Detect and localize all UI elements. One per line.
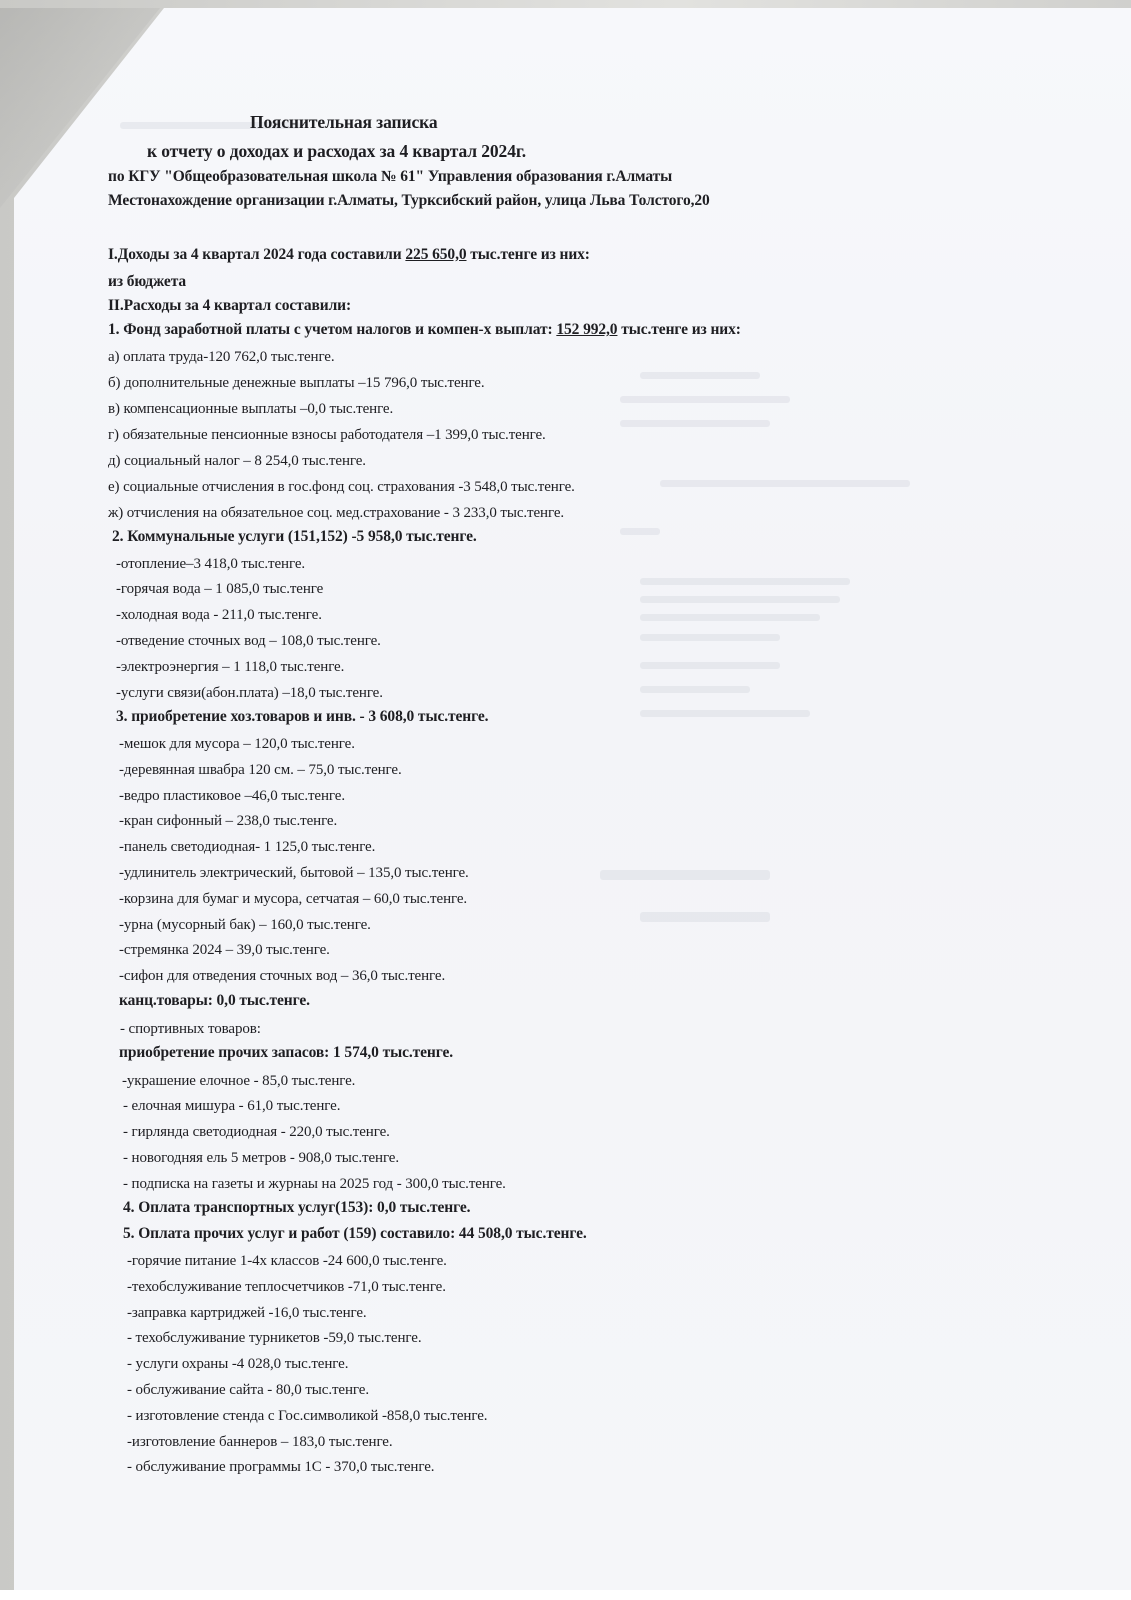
document-title: Пояснительная записка — [250, 113, 438, 131]
household-item: -панель светодиодная- 1 125,0 тыс.тенге. — [119, 838, 375, 856]
other-services-item: -горячие питание 1-4х классов -24 600,0 … — [127, 1252, 447, 1270]
payroll-item: а) оплата труда-120 762,0 тыс.тенге. — [108, 348, 335, 366]
sports-goods-line: - спортивных товаров: — [120, 1020, 261, 1038]
household-item: -мешок для мусора – 120,0 тыс.тенге. — [119, 735, 355, 753]
income-summary: I.Доходы за 4 квартал 2024 года составил… — [108, 246, 590, 264]
household-item: -ведро пластиковое –46,0 тыс.тенге. — [119, 787, 345, 805]
organization-location: Местонахождение организации г.Алматы, Ту… — [108, 192, 710, 210]
other-stock-item: -украшение елочное - 85,0 тыс.тенге. — [122, 1072, 355, 1090]
other-services-item: - изготовление стенда с Гос.символикой -… — [127, 1407, 487, 1425]
other-stock-item: - гирлянда светодиодная - 220,0 тыс.тенг… — [123, 1123, 390, 1141]
other-stock-item: - новогодняя ель 5 метров - 908,0 тыс.те… — [123, 1149, 399, 1167]
household-item: -сифон для отведения сточных вод – 36,0 … — [119, 967, 445, 985]
utilities-item: -горячая вода – 1 085,0 тыс.тенге — [116, 580, 323, 598]
utilities-item: -холодная вода - 211,0 тыс.тенге. — [116, 606, 322, 624]
utilities-item: -услуги связи(абон.плата) –18,0 тыс.тенг… — [116, 684, 383, 702]
other-services-heading: 5. Оплата прочих услуг и работ (159) сос… — [123, 1225, 587, 1243]
utilities-item: -отопление–3 418,0 тыс.тенге. — [116, 555, 305, 573]
other-stock-heading: приобретение прочих запасов: 1 574,0 тыс… — [119, 1044, 453, 1062]
other-services-item: - техобслуживание турникетов -59,0 тыс.т… — [127, 1329, 421, 1347]
income-source: из бюджета — [108, 273, 186, 291]
household-item: -урна (мусорный бак) – 160,0 тыс.тенге. — [119, 916, 371, 934]
household-item: -стремянка 2024 – 39,0 тыс.тенге. — [119, 941, 330, 959]
other-services-item: -заправка картриджей -16,0 тыс.тенге. — [127, 1304, 367, 1322]
utilities-item: -отведение сточных вод – 108,0 тыс.тенге… — [116, 632, 381, 650]
payroll-item: е) социальные отчисления в гос.фонд соц.… — [108, 478, 575, 496]
household-item: -удлинитель электрический, бытовой – 135… — [119, 864, 469, 882]
payroll-suffix: тыс.тенге из них: — [617, 321, 740, 338]
payroll-item: г) обязательные пенсионные взносы работо… — [108, 426, 546, 444]
payroll-amount: 152 992,0 — [556, 321, 617, 338]
stationery-line: канц.товары: 0,0 тыс.тенге. — [119, 992, 310, 1010]
other-services-item: -изготовление баннеров – 183,0 тыс.тенге… — [127, 1433, 393, 1451]
payroll-item: ж) отчисления на обязательное соц. мед.с… — [108, 504, 564, 522]
payroll-item: в) компенсационные выплаты –0,0 тыс.тенг… — [108, 400, 393, 418]
household-item: -кран сифонный – 238,0 тыс.тенге. — [119, 812, 337, 830]
transport-line: 4. Оплата транспортных услуг(153): 0,0 т… — [123, 1199, 470, 1217]
expenses-heading: II.Расходы за 4 квартал составили: — [108, 297, 351, 315]
other-services-item: - услуги охраны -4 028,0 тыс.тенге. — [127, 1355, 348, 1373]
other-services-item: - обслуживание сайта - 80,0 тыс.тенге. — [127, 1381, 369, 1399]
scan-bottom-border — [0, 1590, 1131, 1600]
organization-name: по КГУ "Общеобразовательная школа № 61" … — [108, 168, 672, 186]
income-suffix: тыс.тенге из них: — [467, 246, 590, 263]
household-item: -деревянная швабра 120 см. – 75,0 тыс.те… — [119, 761, 402, 779]
other-services-item: -техобслуживание теплосчетчиков -71,0 ты… — [127, 1278, 446, 1296]
household-item: -корзина для бумаг и мусора, сетчатая – … — [119, 890, 467, 908]
utilities-item: -электроэнергия – 1 118,0 тыс.тенге. — [116, 658, 344, 676]
other-stock-item: - подписка на газеты и журнаы на 2025 го… — [123, 1175, 506, 1193]
payroll-heading: 1. Фонд заработной платы с учетом налого… — [108, 321, 741, 339]
payroll-item: б) дополнительные денежные выплаты –15 7… — [108, 374, 485, 392]
household-heading: 3. приобретение хоз.товаров и инв. - 3 6… — [116, 708, 488, 726]
other-stock-item: - елочная мишура - 61,0 тыс.тенге. — [123, 1097, 340, 1115]
payroll-prefix: 1. Фонд заработной платы с учетом налого… — [108, 321, 556, 338]
document-subtitle: к отчету о доходах и расходах за 4 кварт… — [147, 142, 526, 160]
income-amount: 225 650,0 — [405, 246, 466, 263]
other-services-item: - обслуживание программы 1С - 370,0 тыс.… — [127, 1458, 434, 1476]
payroll-item: д) социальный налог – 8 254,0 тыс.тенге. — [108, 452, 366, 470]
income-prefix: I.Доходы за 4 квартал 2024 года составил… — [108, 246, 405, 263]
utilities-heading: 2. Коммунальные услуги (151,152) -5 958,… — [112, 528, 477, 546]
